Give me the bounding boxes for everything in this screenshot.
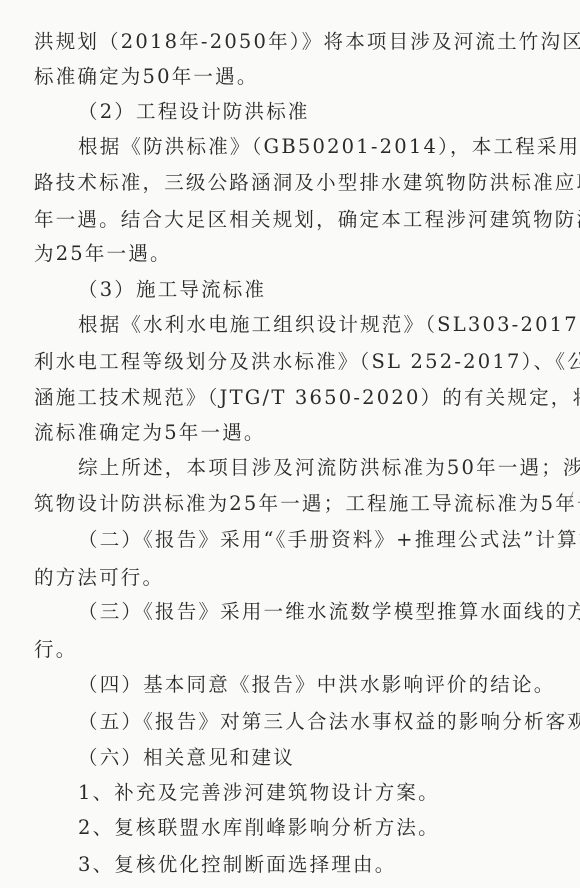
text-line: 利水电工程等级划分及洪水标准》（SL 252-2017）、《公路管 — [34, 349, 550, 375]
text-line: 路技术标准，三级公路涵洞及小型排水建筑物防洪标准应取25 — [34, 170, 550, 196]
text-line: 2、复核联盟水库削峰影响分析方法。 — [78, 815, 550, 841]
text-line: （六）相关意见和建议 — [78, 745, 550, 771]
text-line: （三）《报告》采用一维水流数学模型推算水面线的方法可 — [78, 599, 550, 625]
text-line: 标准确定为50年一遇。 — [34, 64, 550, 90]
text-line: 为25年一遇。 — [34, 241, 550, 267]
text-line: 综上所述，本项目涉及河流防洪标准为50年一遇；涉河建 — [78, 455, 550, 481]
text-line: 1、补充及完善涉河建筑物设计方案。 — [78, 780, 550, 806]
text-line: 流标准确定为5年一遇。 — [34, 420, 550, 446]
document-page: 洪规划（2018年-2050年）》将本项目涉及河流土竹沟区域防洪标准确定为50年… — [0, 0, 580, 888]
text-line: 根据《防洪标准》（GB50201-2014），本工程采用三级公 — [78, 134, 550, 160]
text-line: 涵施工技术规范》（JTG/T 3650-2020）的有关规定，将本工程导 — [34, 385, 550, 411]
text-line: （四）基本同意《报告》中洪水影响评价的结论。 — [78, 672, 550, 698]
text-line: 行。 — [34, 637, 550, 663]
text-line: （2）工程设计防洪标准 — [78, 99, 550, 125]
text-line: 的方法可行。 — [34, 565, 550, 591]
text-line: 年一遇。结合大足区相关规划，确定本工程涉河建筑物防洪标准 — [34, 207, 550, 233]
text-line: （3）施工导流标准 — [78, 277, 550, 303]
text-line: 筑物设计防洪标准为25年一遇；工程施工导流标准为5年一遇。 — [34, 491, 550, 517]
text-line: 根据《水利水电施工组织设计规范》（SL303-2017）、《水 — [78, 312, 550, 338]
text-line: 3、复核优化控制断面选择理由。 — [78, 852, 550, 878]
text-line: （五）《报告》对第三人合法水事权益的影响分析客观可行。 — [78, 709, 550, 735]
text-line: （二）《报告》采用“《手册资料》+推理公式法”计算洪水 — [78, 527, 550, 553]
text-line: 洪规划（2018年-2050年）》将本项目涉及河流土竹沟区域防洪 — [34, 29, 550, 55]
